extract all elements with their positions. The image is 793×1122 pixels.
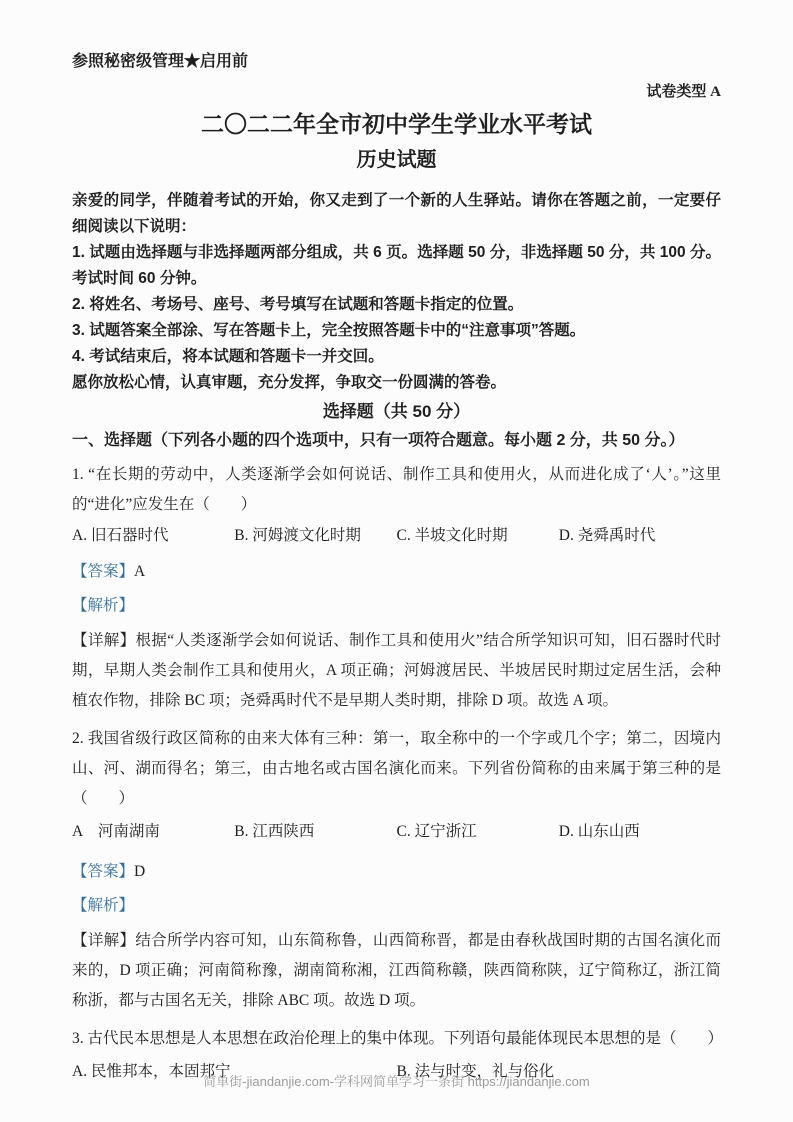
section-heading: 选择题（共 50 分） (72, 398, 721, 425)
exam-subtitle: 历史试题 (72, 146, 721, 174)
intro-opening: 亲爱的同学，伴随着考试的开始，你又走到了一个新的人生驿站。请你在答题之前，一定要… (72, 188, 721, 240)
question-2-analysis-label: 【解析】 (72, 892, 721, 920)
answer-label: 【答案】 (72, 863, 134, 880)
exam-instructions: 亲爱的同学，伴随着考试的开始，你又走到了一个新的人生驿站。请你在答题之前，一定要… (72, 188, 721, 396)
section-instruction: 一、选择题（下列各小题的四个选项中，只有一项符合题意。每小题 2 分，共 50 … (72, 427, 721, 454)
answer-value: D (134, 863, 145, 880)
question-2-detail: 【详解】结合所学内容可知，山东简称鲁，山西简称晋，都是由春秋战国时期的古国名演化… (72, 926, 721, 1016)
option-a: A. 旧石器时代 (72, 522, 234, 550)
question-1-options: A. 旧石器时代 B. 河姆渡文化时期 C. 半坡文化时期 D. 尧舜禹时代 (72, 522, 721, 550)
question-1-detail: 【详解】根据“人类逐渐学会如何说话、制作工具和使用火”结合所学知识可知，旧石器时… (72, 626, 721, 716)
watermark-text: 简单街-jiandanjie.com-学科网简单学习一条街 https://ji… (0, 1072, 793, 1092)
option-b: B. 江西陕西 (234, 818, 396, 846)
option-b: B. 河姆渡文化时期 (234, 522, 396, 550)
question-3-stem: 3. 古代民本思想是人本思想在政治伦理上的集中体现。下列语句最能体现民本思想的是… (72, 1024, 721, 1054)
question-1: 1. “在长期的劳动中，人类逐渐学会如何说话、制作工具和使用火，从而进化成了‘人… (72, 460, 721, 716)
question-2-answer-line: 【答案】D (72, 858, 721, 886)
instruction-item-4: 4. 考试结束后，将本试题和答题卡一并交回。 (72, 344, 721, 370)
exam-title: 二〇二二年全市初中学生学业水平考试 (72, 108, 721, 140)
instruction-item-2: 2. 将姓名、考场号、座号、考号填写在试题和答题卡指定的位置。 (72, 292, 721, 318)
instruction-item-3: 3. 试题答案全部涂、写在答题卡上，完全按照答题卡中的“注意事项”答题。 (72, 318, 721, 344)
analysis-label: 【解析】 (72, 597, 134, 614)
question-1-stem: 1. “在长期的劳动中，人类逐渐学会如何说话、制作工具和使用火，从而进化成了‘人… (72, 460, 721, 520)
wish-line: 愿你放松心情，认真审题，充分发挥，争取交一份圆满的答卷。 (72, 370, 721, 396)
option-c: C. 辽宁浙江 (397, 818, 559, 846)
question-1-analysis-label: 【解析】 (72, 592, 721, 620)
instruction-item-1: 1. 试题由选择题与非选择题两部分组成，共 6 页。选择题 50 分，非选择题 … (72, 240, 721, 292)
exam-document: 参照秘密级管理★启用前 试卷类型 A 二〇二二年全市初中学生学业水平考试 历史试… (0, 0, 793, 1086)
security-notice: 参照秘密级管理★启用前 (72, 52, 721, 72)
answer-label: 【答案】 (72, 563, 134, 580)
question-2-stem: 2. 我国省级行政区简称的由来大体有三种：第一，取全称中的一个字或几个字；第二，… (72, 724, 721, 814)
analysis-label: 【解析】 (72, 897, 134, 914)
option-a: A 河南湖南 (72, 818, 234, 846)
question-1-answer-line: 【答案】A (72, 558, 721, 586)
question-2: 2. 我国省级行政区简称的由来大体有三种：第一，取全称中的一个字或几个字；第二，… (72, 724, 721, 1016)
answer-value: A (134, 563, 145, 580)
question-2-options: A 河南湖南 B. 江西陕西 C. 辽宁浙江 D. 山东山西 (72, 818, 721, 846)
paper-type-label: 试卷类型 A (72, 82, 721, 102)
option-c: C. 半坡文化时期 (397, 522, 559, 550)
option-d: D. 尧舜禹时代 (559, 522, 721, 550)
option-d: D. 山东山西 (559, 818, 721, 846)
